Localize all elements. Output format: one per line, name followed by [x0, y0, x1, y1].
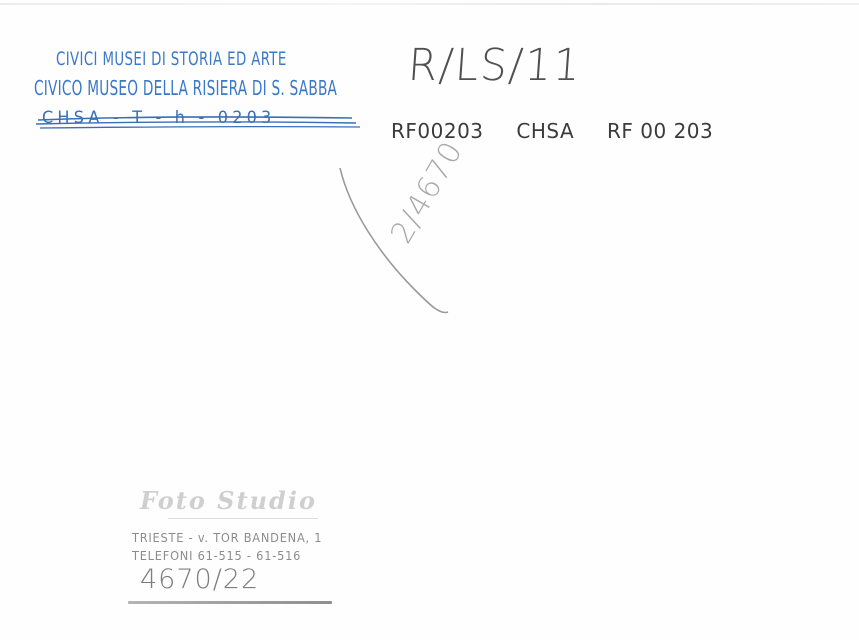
- negative-number: 4670/22: [140, 564, 259, 595]
- inventory-code: R/LS/11: [406, 40, 583, 91]
- photo-verso-paper: CIVICI MUSEI DI STORIA ED ARTE CIVICO MU…: [0, 0, 859, 640]
- reference-code: RF 00 203: [607, 119, 713, 143]
- studio-phone: TELEFONI 61-515 - 61-516: [132, 549, 301, 563]
- studio-address: TRIESTE - v. TOR BANDENA, 1: [132, 531, 322, 545]
- studio-logo: Foto Studio: [140, 486, 317, 515]
- logo-underline: [168, 518, 318, 519]
- strikethrough-lines: [34, 108, 364, 134]
- reference-code: CHSA: [516, 119, 574, 143]
- paper-top-edge: [0, 3, 859, 5]
- stamp-museums-line: CIVICI MUSEI DI STORIA ED ARTE: [56, 48, 287, 70]
- studio-underline: [128, 601, 332, 604]
- stamp-risiera-line: CIVICO MUSEO DELLA RISIERA DI S. SABBA: [34, 76, 337, 100]
- studio-stamp: Foto Studio TRIESTE - v. TOR BANDENA, 1 …: [128, 484, 338, 612]
